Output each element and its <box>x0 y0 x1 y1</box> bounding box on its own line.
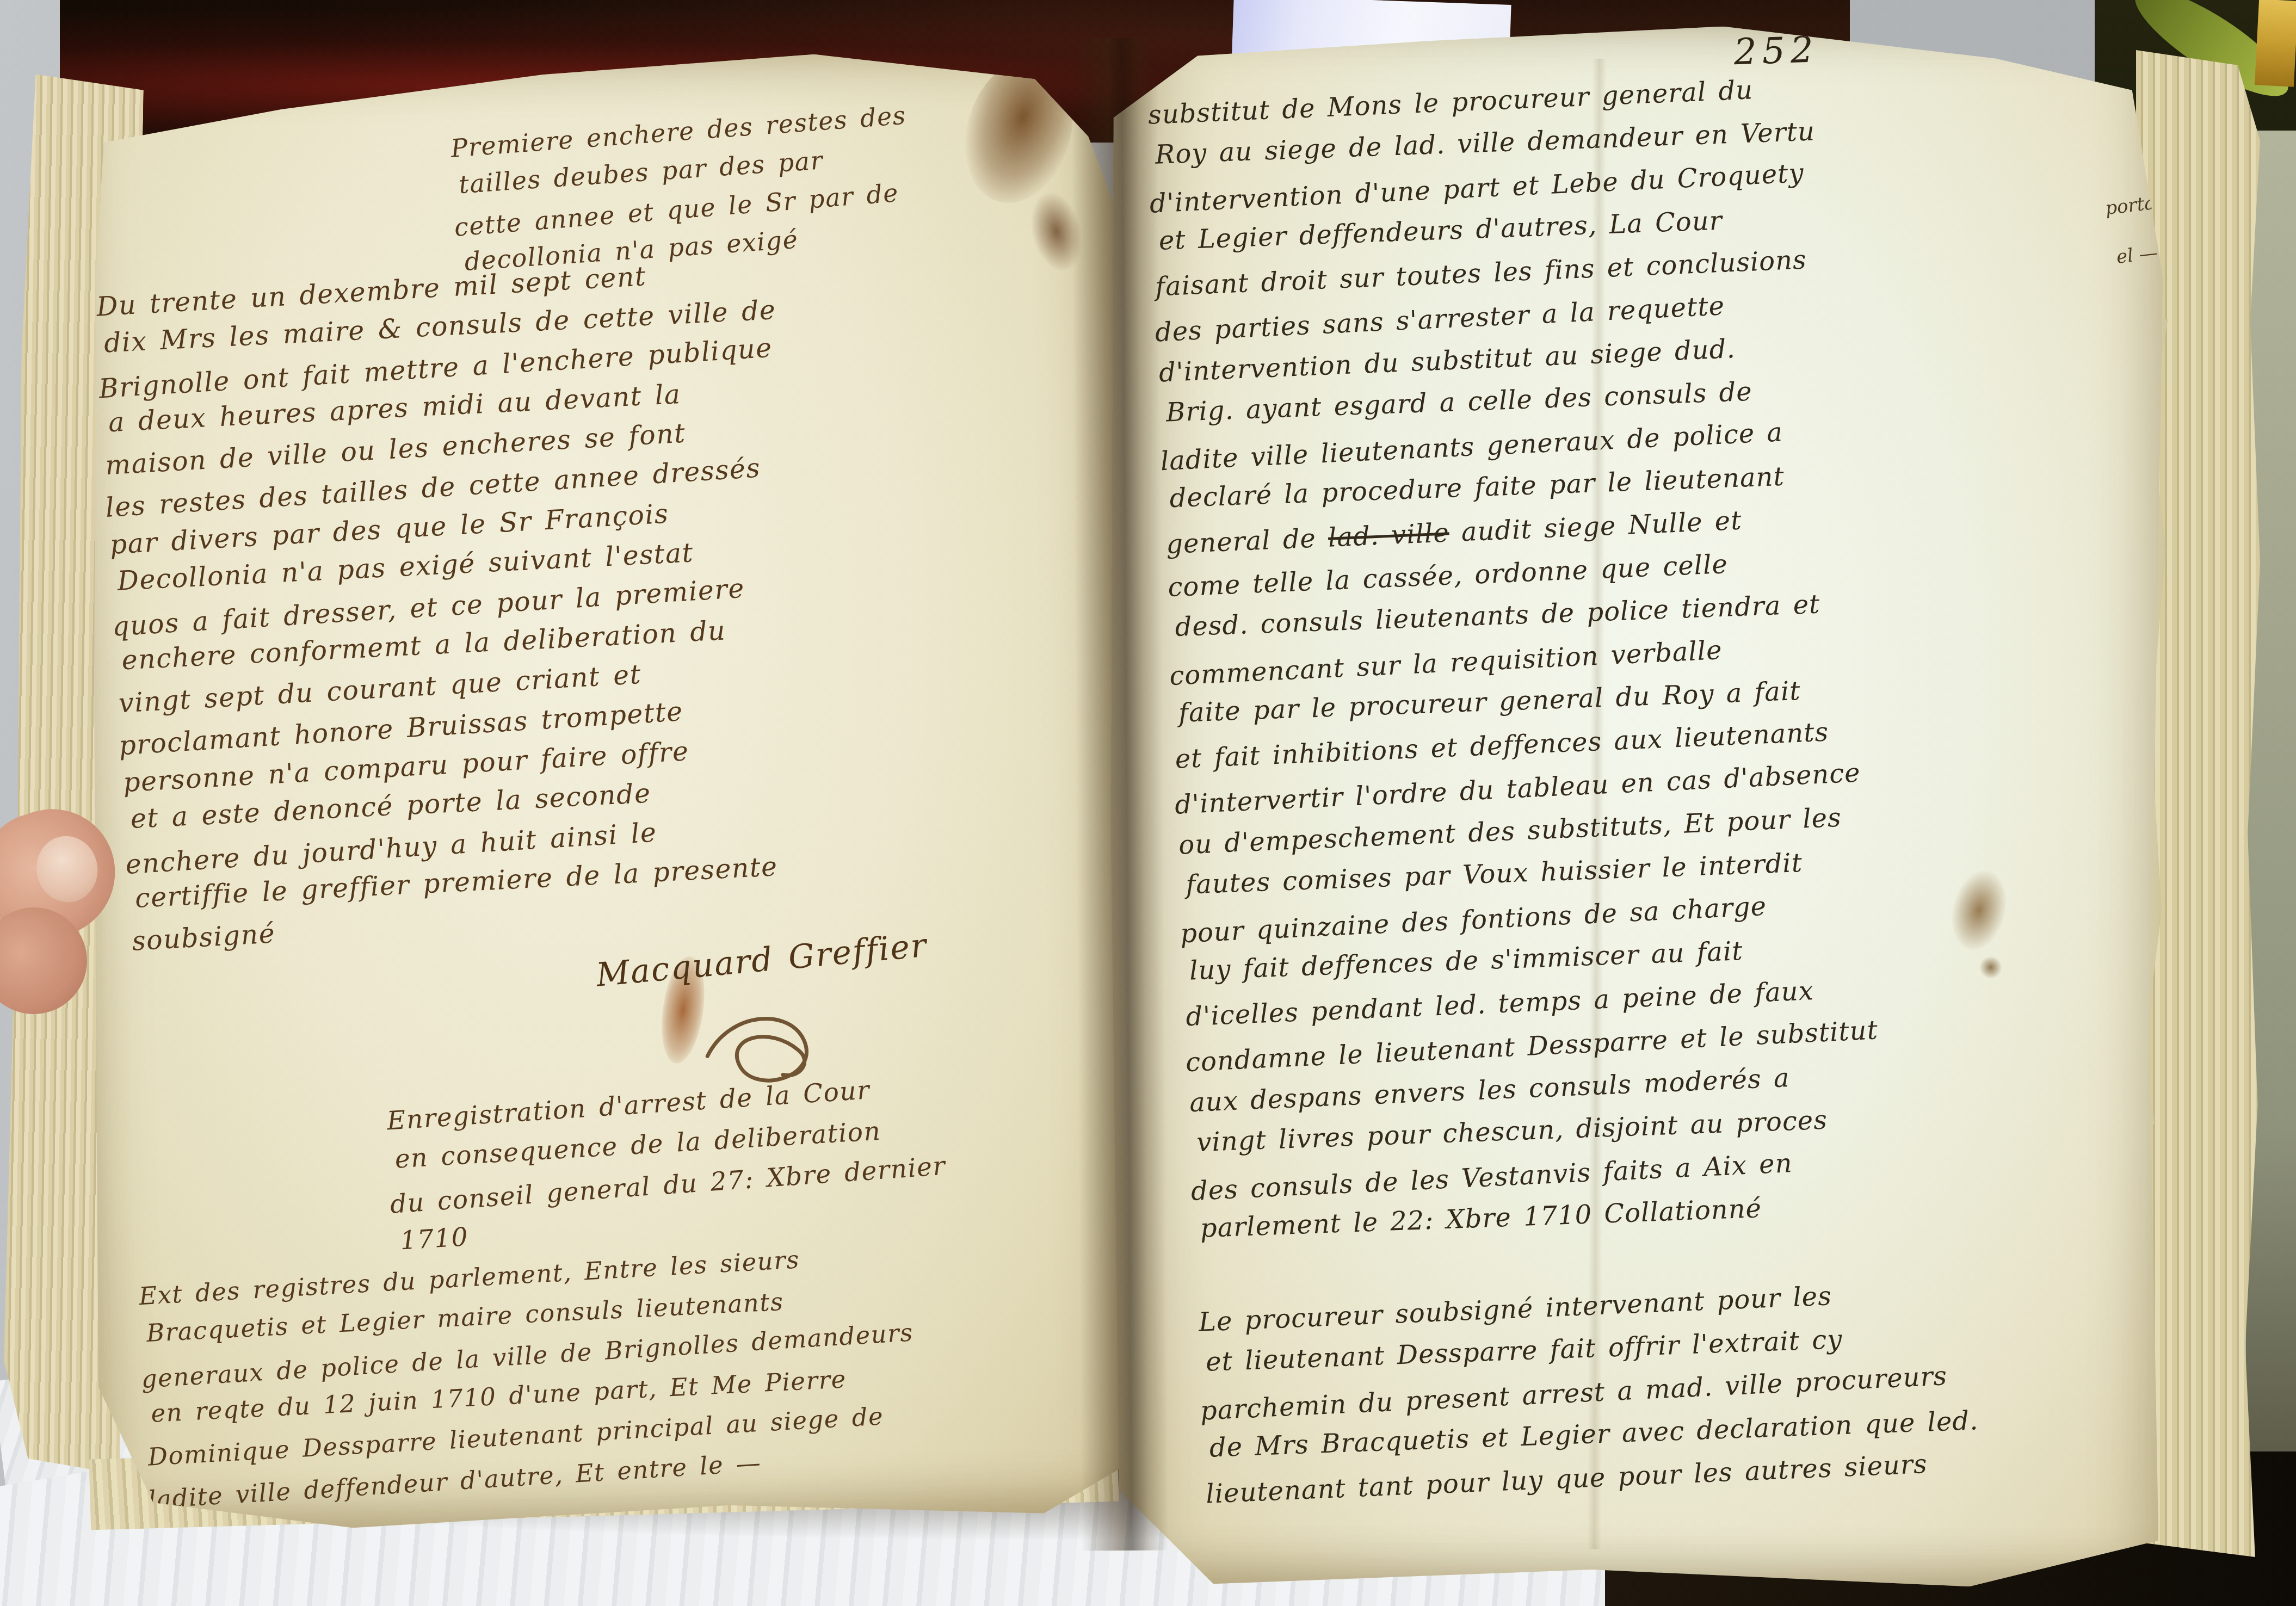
gutter-shadow <box>1071 38 1168 1551</box>
right-page-body: substitut de Mons le procureur general d… <box>1147 52 2202 1516</box>
right-page: 252 substitut de Mons le procureur gener… <box>1108 24 2164 1588</box>
offre-paragraph: Le procureur soubsigné intervenant pour … <box>1198 1259 2202 1516</box>
arret-lines-a: substitut de Mons le procureur general d… <box>1147 52 2160 523</box>
extrait-paragraph: Ext des registres du parlement, Entre le… <box>138 1221 1140 1518</box>
greffier-signature: Macquard Greffier <box>595 926 929 995</box>
left-page-body: Du trente un dexembre mil sept centdix M… <box>95 232 1121 961</box>
wall-right-strip <box>2246 131 2296 1458</box>
struck-text: lad. ville <box>1328 517 1450 553</box>
manuscript-photo: Et bCom.la ri lesgot etmarindesau —la Co… <box>0 0 2296 1606</box>
gilt-frame-edge <box>2255 0 2296 87</box>
strike-pre: general de <box>1165 523 1329 560</box>
arret-lines-b: come telle la cassée, ordonne que celled… <box>1167 524 2190 1253</box>
strike-post: audit siege Nulle et <box>1448 505 1742 548</box>
fingernail <box>31 831 102 907</box>
left-page: Premiere enchere des restes destailles d… <box>71 48 1149 1533</box>
